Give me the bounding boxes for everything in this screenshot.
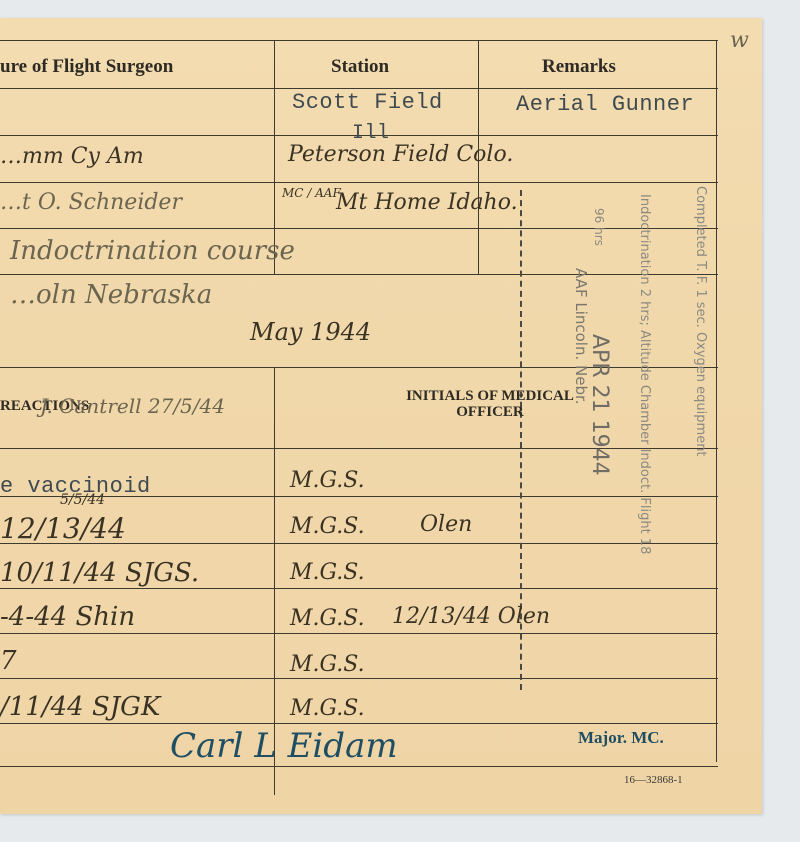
- officer-signature: Carl L Eidam: [170, 726, 398, 766]
- initials-row-2: M.G.S.: [290, 514, 365, 539]
- stamp-hours: 96 hrs: [592, 208, 606, 246]
- header-station: Station: [331, 56, 389, 78]
- reaction-row-5: 7: [0, 646, 17, 676]
- rule: [0, 588, 718, 589]
- right-border: [716, 40, 717, 762]
- header-signature-of-flight-surgeon: ure of Flight Surgeon: [0, 56, 173, 78]
- initials-row-4: M.G.S.: [290, 606, 365, 631]
- rule: [0, 274, 718, 275]
- reaction-row-3: 10/11/44 SJGS.: [0, 558, 199, 588]
- initials-row-3: M.G.S.: [290, 560, 365, 585]
- rule: [0, 182, 718, 183]
- extra-row-2: Olen: [420, 512, 472, 537]
- indoctrination-course: Indoctrination course: [10, 236, 295, 266]
- stamp-aaf-lincoln: AAF Lincoln. Nebr.: [572, 268, 590, 405]
- station-scott-field: Scott Field: [292, 90, 443, 115]
- rule: [0, 88, 718, 89]
- station-mt-home: Mt Home Idaho.: [336, 190, 518, 215]
- date-stamp-apr-21-1944: APR 21 1944: [587, 334, 612, 476]
- station-prefix-mc-aaf: MC / AAF: [282, 186, 341, 200]
- reaction-row-2: 12/13/44: [0, 512, 126, 545]
- officer-rank: Major. MC.: [578, 728, 664, 748]
- initials-row-6: M.G.S.: [290, 696, 365, 721]
- extra-row-4: 12/13/44 Olen: [392, 604, 550, 629]
- rule: [0, 633, 718, 634]
- date-may-1944: May 1944: [250, 318, 371, 346]
- station-peterson-field: Peterson Field Colo.: [288, 142, 513, 167]
- corner-mark: w: [730, 28, 749, 53]
- location-lincoln-nebraska: …oln Nebraska: [10, 280, 212, 310]
- rule: [0, 678, 718, 679]
- header-remarks: Remarks: [542, 56, 616, 78]
- initials-row-5: M.G.S.: [290, 652, 365, 677]
- medical-record-card: w ure of Flight Surgeon Station Remarks …: [0, 18, 762, 814]
- form-number: 16—32868-1: [624, 774, 683, 786]
- header-annotation-cantrell: J. Cantrell 27/5/44: [40, 394, 225, 418]
- rule: [0, 228, 718, 229]
- remarks-aerial-gunner: Aerial Gunner: [516, 92, 694, 117]
- stamp-altitude-chamber: Indoctrination 2 hrs; Altitude Chamber I…: [637, 194, 652, 554]
- header-initials-of-medical-officer: INITIALS OF MEDICAL OFFICER: [385, 388, 595, 420]
- rule: [0, 723, 718, 724]
- rule: [0, 766, 718, 767]
- rule: [0, 40, 718, 41]
- reaction-row-4: -4-44 Shin: [0, 602, 135, 632]
- surgeon-signature-2: …t O. Schneider: [0, 190, 182, 215]
- stamp-completed: Completed T. F. 1 sec. Oxygen equipment: [693, 186, 708, 457]
- surgeon-signature-1: …mm Cy Am: [0, 144, 144, 169]
- reaction-note: 5/5/44: [60, 492, 105, 508]
- initials-row-1: M.G.S.: [290, 468, 365, 493]
- reaction-row-6: /11/44 SJGK: [0, 692, 160, 722]
